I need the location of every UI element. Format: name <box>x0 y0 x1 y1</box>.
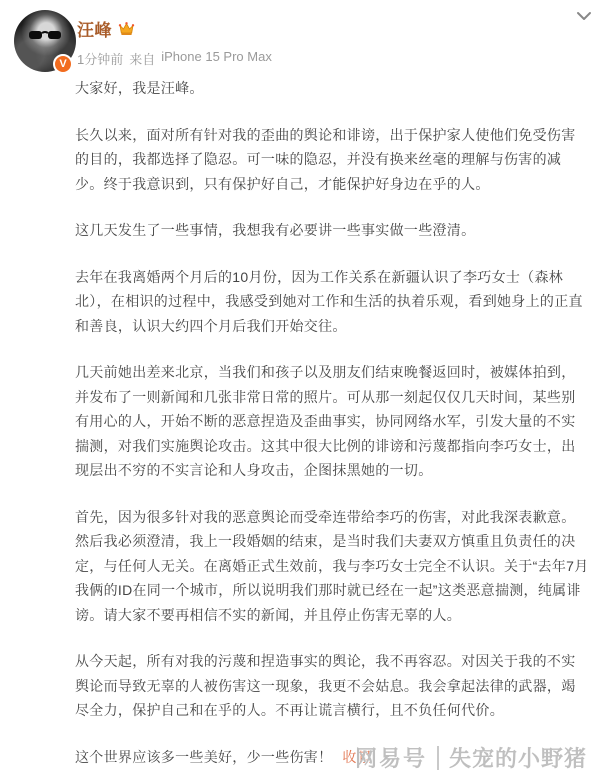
source-device: iPhone 15 Pro Max <box>161 49 272 68</box>
watermark-brand-logo: 网易号 <box>355 742 427 773</box>
post-paragraph: 从今天起，所有对我的污蔑和捏造事实的舆论，我不再容忍。对因关于我的不实舆论而导致… <box>75 649 589 723</box>
avatar[interactable]: V <box>14 10 76 72</box>
post-paragraph: 长久以来，面对所有针对我的歪曲的舆论和诽谤，出于保护家人使他们免受伤害的目的，我… <box>75 123 589 197</box>
watermark-author: 失宠的小野猪 <box>449 742 587 773</box>
chevron-down-icon[interactable] <box>576 9 592 27</box>
verified-v-icon: V <box>53 54 73 74</box>
post-paragraph-text: 这个世界应该多一些美好，少一些伤害！ <box>75 749 332 765</box>
post-paragraph: 去年在我离婚两个月后的10月份，因为工作关系在新疆认识了李巧女士（森林北），在相… <box>75 265 589 339</box>
post-paragraph: 首先，因为很多针对我的恶意舆论而受牵连带给李巧的伤害，对此我深表歉意。然后我必须… <box>75 505 589 628</box>
user-header: 汪峰 <box>77 16 135 41</box>
vip-crown-icon <box>118 21 135 36</box>
watermark-divider <box>437 746 439 770</box>
timestamp: 1分钟前 <box>77 49 123 68</box>
weibo-post: V 汪峰 1分钟前 来自 iPhone 15 Pro Max 大家好，我是汪峰。… <box>0 0 600 777</box>
source-prefix: 来自 <box>129 49 155 68</box>
post-meta: 1分钟前 来自 iPhone 15 Pro Max <box>77 49 272 68</box>
post-paragraph: 大家好，我是汪峰。 <box>75 76 589 101</box>
post-paragraph: 这几天发生了一些事情，我想我有必要讲一些事实做一些澄清。 <box>75 218 589 243</box>
post-body: 大家好，我是汪峰。 长久以来，面对所有针对我的歪曲的舆论和诽谤，出于保护家人使他… <box>75 76 589 769</box>
avatar-sunglasses <box>29 30 61 42</box>
watermark: 网易号 失宠的小野猪 <box>355 742 587 773</box>
username-link[interactable]: 汪峰 <box>77 16 112 41</box>
post-paragraph: 几天前她出差来北京，当我们和孩子以及朋友们结束晚餐返回时，被媒体拍到，并发布了一… <box>75 360 589 483</box>
